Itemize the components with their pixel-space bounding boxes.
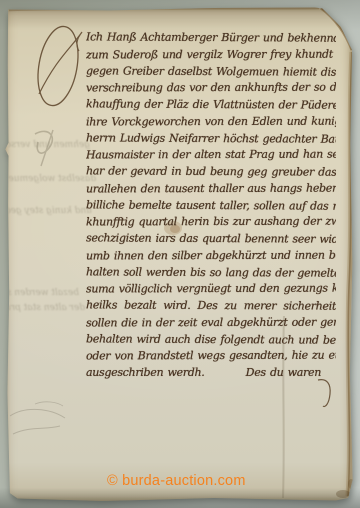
corner-wear-spot xyxy=(348,479,353,489)
manuscript-line: khunfftig quartal herin bis zur aushang … xyxy=(86,214,336,232)
manuscript-line: herrn Ludwigs Neifarrer höchst gedachter… xyxy=(86,130,336,148)
manuscript-line: zum Suderoß und vergilz Wogrer frey khun… xyxy=(86,46,336,64)
manuscript-line: urallehen den tausent thaller aus hangs … xyxy=(86,180,336,198)
manuscript-line: oder von Brandstetl wegs gesandten, hie … xyxy=(86,348,336,366)
manuscript-line: verschreibung das vor den ankhunfts der … xyxy=(86,80,336,98)
manuscript-line: Ich Hanß Achtamberger Bürger und bekhenn… xyxy=(86,29,336,47)
manuscript-last-line-right: Des du waren xyxy=(246,365,321,382)
bleedthrough-curves xyxy=(10,402,65,434)
manuscript-line: suma völligclich vergnüegt und den gezun… xyxy=(86,281,336,299)
manuscript-line: billiche bemelte tausent taller, sollen … xyxy=(86,197,336,215)
manuscript-line: Hausmaister in der alten stat Prag und h… xyxy=(86,147,336,165)
manuscript-line: heilks bezalt wird. Des zu merer sicherh… xyxy=(86,297,336,315)
right-edge-stain xyxy=(348,52,352,496)
manuscript-last-line-left: ausgeschriben werdh. xyxy=(86,365,204,382)
manuscript-line: sechzigisten iars das quartal benennt se… xyxy=(86,230,336,248)
manuscript-paper: gehmen und verschreiben daselbst wolgemu… xyxy=(5,6,353,502)
top-edge-stain xyxy=(9,8,319,10)
manuscript-line: sollen die in der zeit eval abgekhürzt o… xyxy=(86,314,336,332)
manuscript-last-line: ausgeschriben werdh. Des du waren xyxy=(86,365,321,382)
bleedthrough-line: der alten stat prag xyxy=(7,303,85,313)
bleedthrough-monogram xyxy=(35,130,53,166)
bleedthrough-line: bezalt werden solle xyxy=(7,288,79,298)
manuscript-line: behalten wird auch dise folgendt auch un… xyxy=(86,331,336,349)
manuscript-line: ihre Vorckgeworchen von den Edlen und ku… xyxy=(86,113,336,131)
closing-flourish xyxy=(318,380,330,407)
manuscript-line: umb ihnen den silber abgekhürzt und inne… xyxy=(86,247,336,265)
manuscript-text-block: Ich Hanß Achtamberger Bürger und bekhenn… xyxy=(86,30,336,382)
right-edge-line xyxy=(348,52,352,496)
manuscript-line: halten soll werden bis so lang das der g… xyxy=(86,264,336,282)
manuscript-line: khauffung der Pläz die Vlattnüsten der P… xyxy=(86,96,336,114)
manuscript-line: gegen Greiber daselbst Wolgemuen hiemit … xyxy=(86,63,336,81)
bleedthrough-line: daselbst wolgemuen herrn xyxy=(8,174,96,184)
bleedthrough-line: gehmen und verschreiben xyxy=(8,140,90,150)
photo-background: gehmen und verschreiben daselbst wolgemu… xyxy=(0,0,360,508)
opening-flourish xyxy=(32,23,83,108)
bleedthrough-line: und kunig stey gedachter xyxy=(8,206,92,216)
manuscript-line: har der gevard in bud beung geg greuber … xyxy=(86,163,336,181)
paper-shadow-wrapper: gehmen und verschreiben daselbst wolgemu… xyxy=(0,0,360,508)
corner-wear-spot xyxy=(336,490,350,498)
watermark: © burda-auction.com xyxy=(107,473,253,489)
